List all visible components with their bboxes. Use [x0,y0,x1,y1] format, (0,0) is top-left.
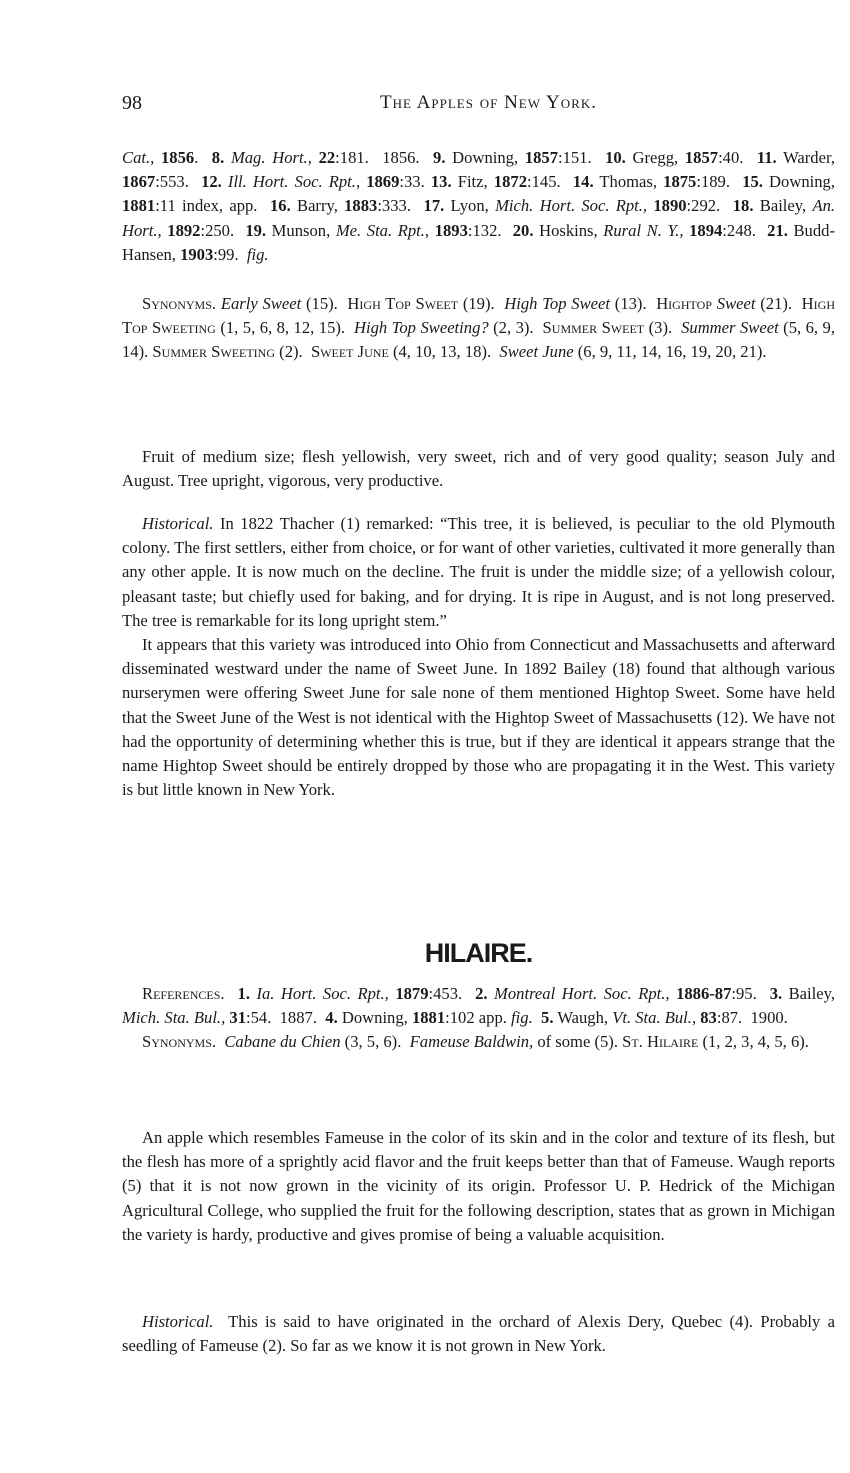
historical-label: Historical. [142,514,213,533]
synonyms-hightop: Synonyms. Early Sweet (15). High Top Swe… [122,292,835,365]
description-hilaire: An apple which resembles Fameuse in the … [122,1126,835,1247]
running-title: The Apples of New York. [122,92,835,114]
references-continued: Cat., 1856. 8. Mag. Hort., 22:181. 1856.… [122,146,835,267]
description-text: An apple which resembles Fameuse in the … [122,1126,835,1247]
references-text: Cat., 1856. 8. Mag. Hort., 22:181. 1856.… [122,146,835,267]
historical-hilaire: Historical. This is said to have origina… [122,1310,835,1358]
synonyms-text: Synonyms. Cabane du Chien (3, 5, 6). Fam… [122,1030,835,1054]
description-hightop: Fruit of medium size; flesh yellowish, v… [122,445,835,493]
description-text: Fruit of medium size; flesh yellowish, v… [122,445,835,493]
historical-text: Historical. This is said to have origina… [122,1310,835,1358]
synonyms-text: Synonyms. Early Sweet (15). High Top Swe… [122,292,835,365]
historical-hightop: Historical. In 1822 Thacher (1) remarked… [122,512,835,802]
historical-p2: It appears that this variety was introdu… [122,633,835,802]
historical-label: Historical. [142,1312,213,1331]
references-label: References. [142,984,225,1003]
synonyms-label: Synonyms. [142,1032,216,1051]
variety-title: HILAIRE. [122,938,835,969]
historical-p1: Historical. In 1822 Thacher (1) remarked… [122,512,835,633]
page-header: 98 The Apples of New York. [122,92,835,118]
references-text: References. 1. Ia. Hort. Soc. Rpt., 1879… [122,982,835,1030]
references-hilaire: References. 1. Ia. Hort. Soc. Rpt., 1879… [122,982,835,1055]
synonyms-label: Synonyms. [142,294,216,313]
